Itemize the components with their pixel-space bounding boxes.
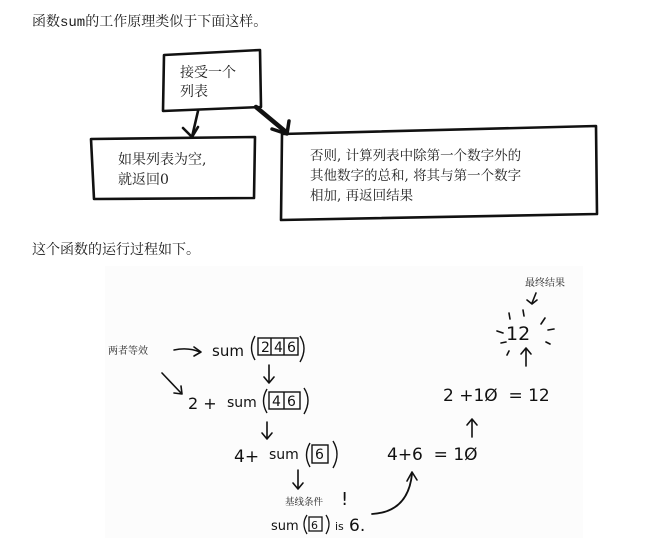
base-call-item-0: 6 (311, 519, 318, 532)
call3-prefix: 4+ (234, 447, 259, 467)
curve-arrow (372, 474, 412, 514)
base-case-mark: ! (341, 489, 348, 510)
call1-item-0: 2 (261, 340, 270, 356)
base-call-fn: sum (271, 519, 299, 534)
diag-arrow (162, 373, 181, 393)
call2-prefix: 2 + (188, 394, 217, 413)
final-label-arrow (527, 293, 537, 304)
down-arrow-2 (262, 422, 272, 439)
call2-fn: sum (227, 395, 257, 411)
trace-figure: 两者等效 sum 2 4 6 2 + sum 4 6 4+ sum 6 基线条件… (0, 0, 663, 538)
call3-item-0: 6 (315, 447, 324, 463)
base-call-value: 6. (349, 516, 365, 536)
base-case-label: 基线条件 (285, 496, 324, 508)
up-arrow-2 (521, 348, 531, 366)
final-label: 最终结果 (525, 276, 565, 289)
up-arrow-1 (467, 419, 477, 437)
call2-item-0: 4 (272, 394, 281, 410)
call2-array (264, 388, 309, 414)
final-value: 12 (506, 323, 530, 345)
call3-fn: sum (269, 447, 299, 463)
call1-item-2: 6 (287, 340, 296, 356)
step2-result: 2 +1Ø = 12 (443, 386, 550, 406)
down-arrow-3 (293, 470, 303, 489)
step1-result: 4+6 = 1Ø (387, 445, 478, 465)
down-arrow-1 (264, 365, 274, 383)
base-call-is: is (335, 520, 344, 533)
call2-item-1: 6 (287, 394, 296, 410)
call1-item-1: 4 (274, 340, 283, 356)
equal-note: 两者等效 (108, 344, 148, 357)
call1-fn: sum (212, 342, 244, 360)
